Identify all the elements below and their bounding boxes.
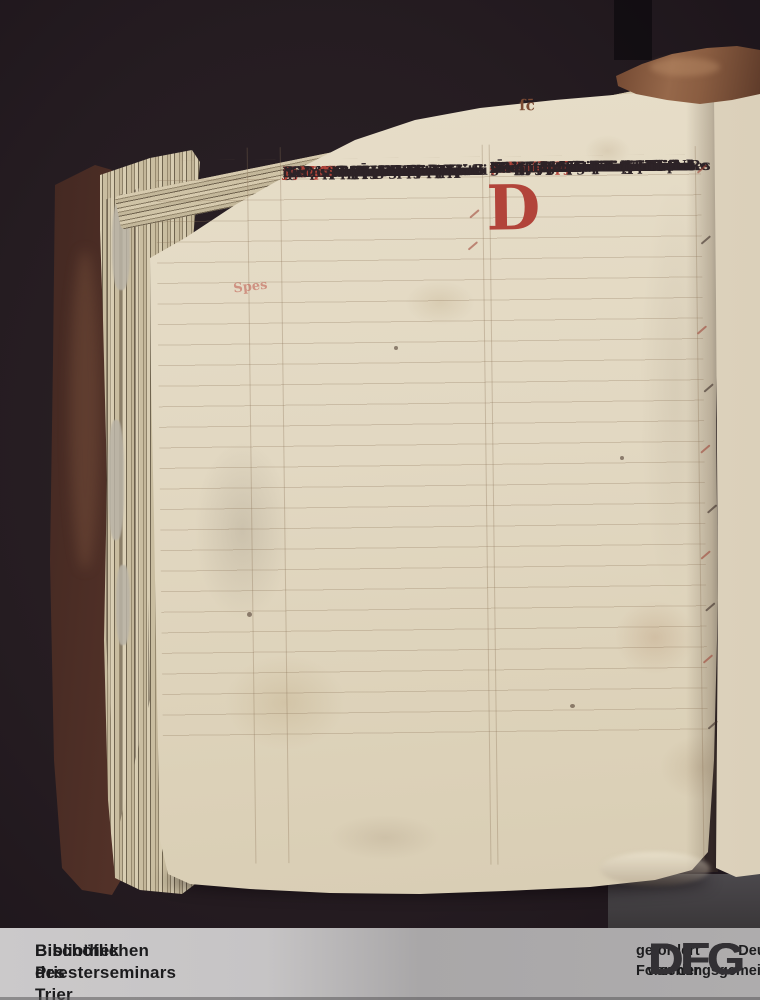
script-layer: ſc̄ Spes D ei datum de celo In actib3 ap… xyxy=(0,0,760,1000)
ink-text: diuinum i humanū cet xyxy=(283,161,445,184)
dfg-logo: DFG xyxy=(648,936,742,981)
pen-mark xyxy=(701,235,711,244)
illuminated-initial: D xyxy=(486,181,540,236)
digitization-banner: Bibliothek des Bischöflichen Priestersem… xyxy=(0,928,760,1000)
pen-mark xyxy=(705,602,715,611)
pen-mark xyxy=(707,504,717,513)
manuscript-photo: ſc̄ Spes D ei datum de celo In actib3 ap… xyxy=(0,0,760,1000)
ink-text: linquite infantiam 7 uiuite xyxy=(490,156,683,179)
ruling-lines xyxy=(156,154,708,749)
margin-note: Spes xyxy=(233,279,268,296)
quire-signature: ſc̄ xyxy=(519,98,535,113)
pen-mark xyxy=(703,383,713,392)
pen-mark xyxy=(708,720,718,729)
library-name-line2: Bischöflichen Priesterseminars Trier xyxy=(35,940,176,1000)
